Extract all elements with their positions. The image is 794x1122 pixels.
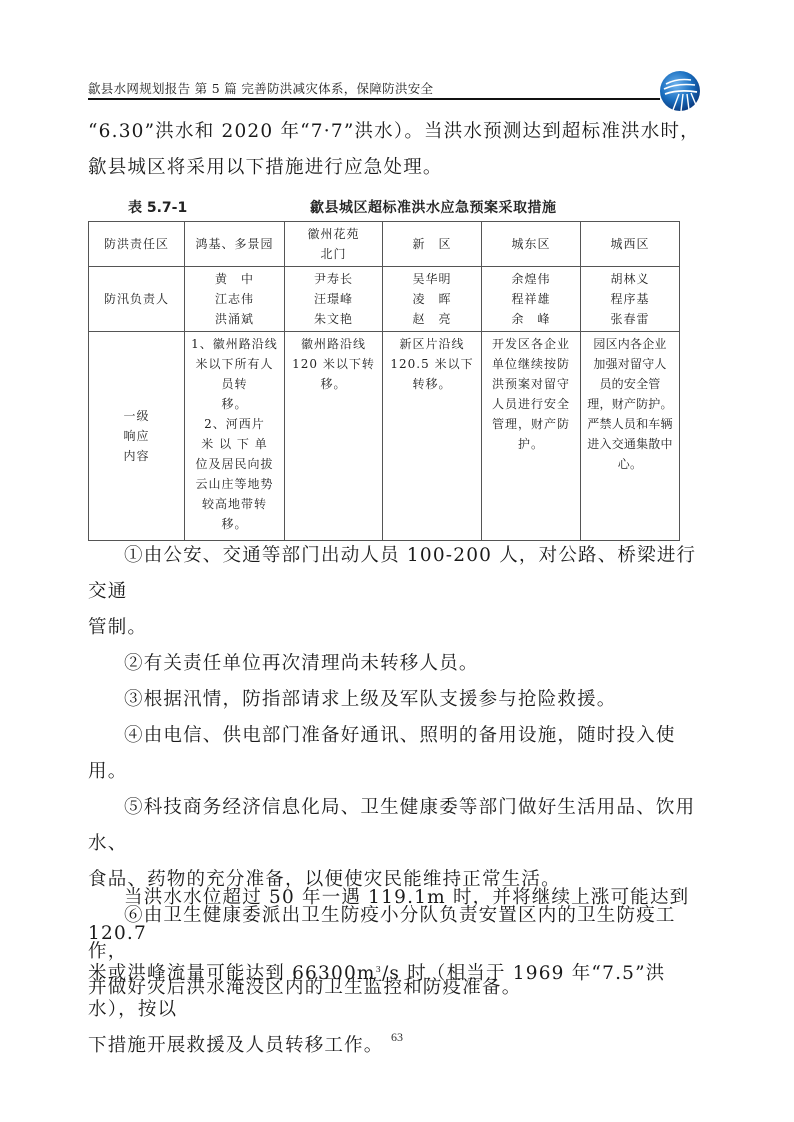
closing-line-2: 米或洪峰流量可能达到 66300m3/s 时（相当于 1969 年“7.5”洪水…	[88, 952, 708, 1028]
table-cell: 尹寿长汪璟峰朱文艳	[285, 267, 383, 332]
table-number: 表 5.7-1	[128, 197, 187, 217]
header-cell: 城东区	[482, 222, 581, 267]
intro-paragraph: “6.30”洪水和 2020 年“7·7”洪水）。当洪水预测达到超标准洪水时， …	[88, 114, 708, 186]
page-number: 63	[0, 1030, 794, 1045]
header-cell: 徽州花苑北门	[285, 222, 383, 267]
table-cell: 余煌伟程祥雄余 峰	[482, 267, 581, 332]
intro-line-1: “6.30”洪水和 2020 年“7·7”洪水）。当洪水预测达到超标准洪水时，	[88, 114, 708, 150]
header-cell: 城西区	[581, 222, 680, 267]
header-cell: 防洪责任区	[89, 222, 185, 267]
water-network-logo-icon	[659, 70, 701, 112]
table-header-row: 防洪责任区 鸿基、多景园 徽州花苑北门 新 区 城东区 城西区	[89, 222, 680, 267]
table-cell: 园区内各企业加强对留守人员的安全管理，财产防护。严禁人员和车辆进入交通集散中心。	[581, 332, 680, 541]
table-cell: 黄 中江志伟洪涌斌	[185, 267, 285, 332]
header-cell: 新 区	[383, 222, 482, 267]
table-cell: 徽州路沿线120 米以下转移。	[285, 332, 383, 541]
table-row: 防汛负责人 黄 中江志伟洪涌斌 尹寿长汪璟峰朱文艳 吴华明凌 晖赵 亮 余煌伟程…	[89, 267, 680, 332]
running-header-title: 歙县水网规划报告 第 5 篇 完善防洪减灾体系，保障防洪安全	[88, 79, 433, 97]
header-cell: 鸿基、多景园	[185, 222, 285, 267]
measure-1-cont: 管制。	[88, 610, 708, 646]
intro-line-2: 歙县城区将采用以下措施进行应急处理。	[88, 150, 708, 186]
emergency-plan-table: 防洪责任区 鸿基、多景园 徽州花苑北门 新 区 城东区 城西区 防汛负责人 黄 …	[88, 221, 680, 541]
row-label: 一级响应内容	[89, 332, 185, 541]
row-label: 防汛负责人	[89, 267, 185, 332]
measure-5: ⑤科技商务经济信息化局、卫生健康委等部门做好生活用品、饮用水、	[88, 790, 708, 862]
table-cell: 吴华明凌 晖赵 亮	[383, 267, 482, 332]
table-cell: 胡林义程序基张春雷	[581, 267, 680, 332]
measure-2: ②有关责任单位再次清理尚未转移人员。	[88, 646, 708, 682]
measure-4: ④由电信、供电部门准备好通讯、照明的备用设施，随时投入使用。	[88, 718, 708, 790]
table-cell: 1、徽州路沿线米以下所有人员转移。2、河西片米 以 下 单位及居民向拔云山庄等地…	[185, 332, 285, 541]
table-cell: 开发区各企业单位继续按防洪预案对留守人员进行安全管理，财产防护。	[482, 332, 581, 541]
header-rule	[88, 98, 660, 100]
table-row: 一级响应内容 1、徽州路沿线米以下所有人员转移。2、河西片米 以 下 单位及居民…	[89, 332, 680, 541]
measure-3: ③根据汛情，防指部请求上级及军队支援参与抢险救援。	[88, 682, 708, 718]
measure-1: ①由公安、交通等部门出动人员 100-200 人，对公路、桥梁进行交通	[88, 538, 708, 610]
closing-line-1: 当洪水水位超过 50 年一遇 119.1m 时，并将继续上涨可能达到 120.7	[88, 880, 708, 952]
table-title: 歙县城区超标准洪水应急预案采取措施	[310, 197, 557, 217]
table-cell: 新区片沿线120.5 米以下转移。	[383, 332, 482, 541]
